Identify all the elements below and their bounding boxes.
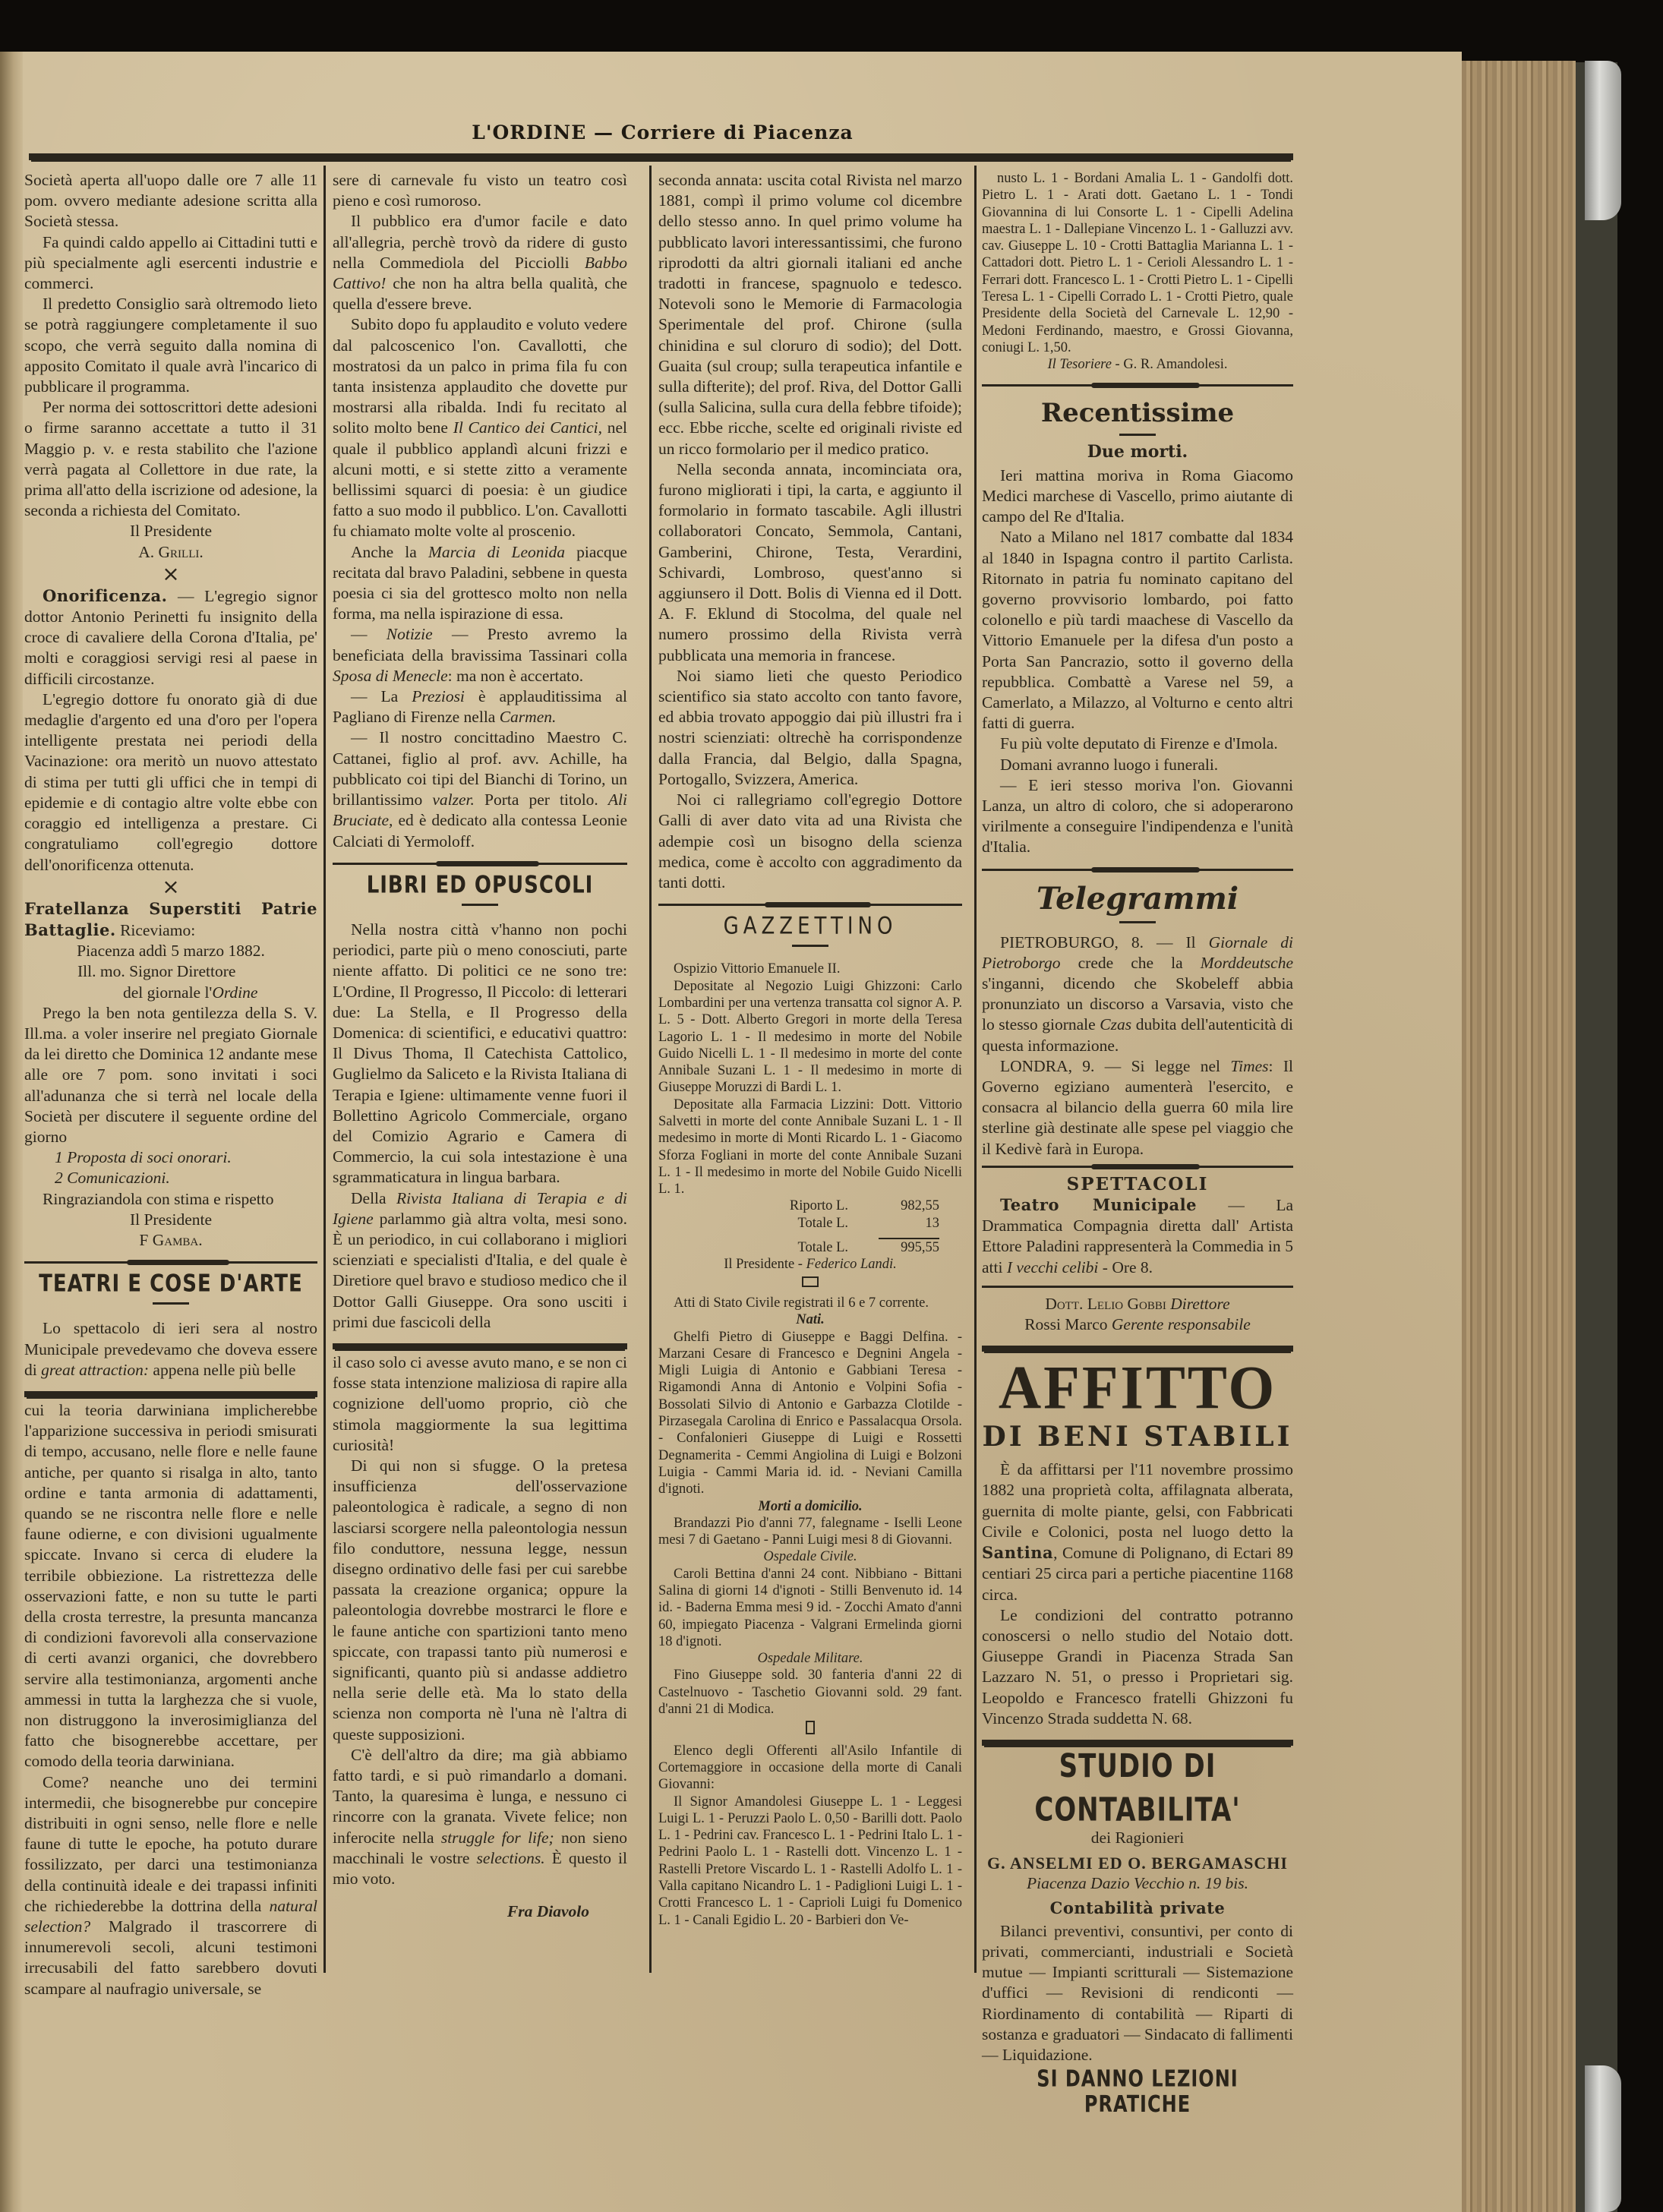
offerenti-list-cont: nusto L. 1 - Bordani Amalia L. 1 - Gando…	[982, 170, 1293, 356]
ad-para: Le condizioni del contratto potranno con…	[982, 1605, 1293, 1729]
nati-list: Ghelfi Pietro di Giuseppe e Baggi Delfin…	[658, 1329, 962, 1498]
teatri-para: Lo spettacolo di ieri sera al nostro Mun…	[24, 1318, 317, 1381]
news-para: Nato a Milano nel 1817 combatte dal 1834…	[982, 527, 1293, 734]
intro-para: Fa quindi caldo appello ai Cittadini tut…	[24, 232, 317, 295]
subheading-civile: Ospedale Civile.	[658, 1548, 962, 1565]
column-4: nusto L. 1 - Bordani Amalia L. 1 - Gando…	[982, 170, 1293, 2113]
ad-address: Piacenza Dazio Vecchio n. 19 bis.	[982, 1873, 1293, 1894]
fold-rule	[24, 1391, 317, 1397]
cover-corner-top	[1585, 61, 1621, 220]
section-title-recentissime: Recentissime	[982, 397, 1293, 429]
news-item: — La Preziosi è applauditissima al Pagli…	[333, 686, 627, 727]
news-para: Fu più volte deputato di Firenze e d'Imo…	[982, 734, 1293, 754]
signature-name: F Gamba.	[24, 1230, 317, 1251]
signature-title: Il Presidente	[24, 521, 317, 541]
ad-para: È da affittarsi per l'11 novembre prossi…	[982, 1459, 1293, 1605]
intro-para: Il predetto Consiglio sarà oltremodo lie…	[24, 294, 317, 397]
article-para: Il pubblico era d'umor facile e dato all…	[333, 211, 627, 314]
author-signature: Fra Diavolo	[333, 1901, 627, 1922]
title-dash	[153, 1302, 189, 1305]
agenda-item: 2 Comunicazioni.	[24, 1168, 317, 1188]
cross-separator-icon: ×	[24, 563, 317, 585]
news-item: — Il nostro concittadino Maestro C. Catt…	[333, 727, 627, 851]
page-edges	[1462, 61, 1576, 2212]
title-dash	[1119, 434, 1156, 436]
ad-title-affitto: AFFITTO	[982, 1353, 1293, 1422]
column-2: sere di carnevale fu visto un teatro cos…	[333, 170, 627, 1922]
column-1: Società aperta all'uopo dalle ore 7 alle…	[24, 170, 317, 1999]
intro-para: Per norma dei sottoscrittori dette adesi…	[24, 397, 317, 521]
article-para: cui la teoria darwiniana implicherebbe l…	[24, 1400, 317, 1772]
article-para: Come? neanche uno dei termini intermedii…	[24, 1772, 317, 1999]
spettacoli-item: Teatro Municipale — La Drammatica Compag…	[982, 1194, 1293, 1278]
section-title-libri: LIBRI ED OPUSCOLI	[333, 873, 627, 898]
president-signature: Il Presidente - Federico Landi.	[658, 1256, 962, 1273]
subheading-due-morti: Due morti.	[982, 442, 1293, 462]
intro-para: Società aperta all'uopo dalle ore 7 alle…	[24, 170, 317, 232]
box-separator-icon	[658, 1273, 962, 1295]
ad-services: Bilanci preventivi, consuntivi, per cont…	[982, 1921, 1293, 2065]
ad-service-heading: Contabilità private	[982, 1898, 1293, 1918]
morti-list: Brandazzi Pio d'anni 77, falegname - Ise…	[658, 1515, 962, 1549]
onorificenza-para: L'egregio dottore fu onorato già di due …	[24, 689, 317, 876]
letter-body: Prego la ben nota gentilezza della S. V.…	[24, 1003, 317, 1147]
director-credit: Dott. Lelio Gobbi Direttore	[982, 1294, 1293, 1314]
column-3: seconda annata: uscita cotal Rivista nel…	[658, 170, 962, 1929]
column-rule-2	[649, 166, 652, 1973]
civile-list: Caroli Bettina d'anni 24 cont. Nibbiano …	[658, 1566, 962, 1650]
salutation: del giornale l'Ordine	[24, 983, 317, 1003]
dateline: Piacenza addì 5 marzo 1882.	[24, 941, 317, 961]
runin-heading: Onorificenza.	[43, 586, 167, 605]
onorificenza-article: Onorificenza. — L'egregio signor dottor …	[24, 585, 317, 689]
section-title-teatri: TEATRI E COSE D'ARTE	[24, 1272, 317, 1297]
news-item: — Notizie — Presto avremo la beneficiata…	[333, 624, 627, 686]
article-para: Noi siamo lieti che questo Periodico sci…	[658, 666, 962, 790]
fold-rule	[333, 1343, 627, 1349]
article-para: Anche la Marcia di Leonida piacque recit…	[333, 542, 627, 625]
cross-separator-icon: ×	[24, 876, 317, 898]
rule	[982, 1286, 1293, 1288]
signature-title: Il Presidente	[24, 1210, 317, 1230]
donations-list: Depositate alla Farmacia Lizzini: Dott. …	[658, 1097, 962, 1198]
section-separator	[982, 384, 1293, 387]
news-para: — E ieri stesso moriva l'on. Giovanni La…	[982, 775, 1293, 858]
article-para: C'è dell'altro da dire; ma già abbiamo f…	[333, 1745, 627, 1889]
column-rule-3	[974, 166, 977, 1973]
article-para: sere di carnevale fu visto un teatro cos…	[333, 170, 627, 211]
masthead-rule	[29, 153, 1293, 160]
section-title-gazzettino: GAZZETTINO	[658, 914, 962, 939]
book-gutter	[0, 52, 23, 2212]
news-para: Ieri mattina moriva in Roma Giacomo Medi…	[982, 465, 1293, 528]
offerenti-list: Il Signor Amandolesi Giuseppe L. 1 - Leg…	[658, 1794, 962, 1929]
ad-subtitle: DI BENI STABILI	[982, 1420, 1293, 1453]
telegram-item: LONDRA, 9. — Si legge nel Times: Il Gove…	[982, 1056, 1293, 1160]
section-separator	[24, 1261, 317, 1264]
militare-list: Fino Giuseppe sold. 30 fanteria d'anni 2…	[658, 1667, 962, 1718]
cover-corner-bottom	[1585, 2065, 1621, 2212]
section-separator	[658, 904, 962, 906]
book-cover	[1576, 62, 1617, 2212]
fratellanza-article: Fratellanza Superstiti Patrie Battaglie.…	[24, 898, 317, 941]
ad-rule	[982, 1346, 1293, 1352]
section-separator	[982, 1166, 1293, 1168]
title-dash	[1119, 921, 1156, 923]
gazzettino-body: Ospizio Vittorio Emanuele II. Depositate…	[658, 961, 962, 1929]
article-para: il caso solo ci avesse avuto mano, e se …	[333, 1352, 627, 1456]
article-para: Nella seconda annata, incominciata ora, …	[658, 459, 962, 666]
elenco-heading: Elenco degli Offerenti all'Asilo Infanti…	[658, 1743, 962, 1794]
ad-names: G. ANSELMI ED O. BERGAMASCHI	[982, 1853, 1293, 1873]
telegram-item: PIETROBURGO, 8. — Il Giornale di Pietrob…	[982, 932, 1293, 1056]
article-para: Di qui non si sfugge. O la pretesa insuf…	[333, 1456, 627, 1745]
libri-para: Della Rivista Italiana di Terapia e di I…	[333, 1188, 627, 1333]
article-para: Noi ci rallegriamo coll'egregio Dottore …	[658, 790, 962, 893]
masthead-title: L'ORDINE — Corriere di Piacenza	[30, 121, 1295, 144]
ad-title-studio: STUDIO DI CONTABILITA'	[982, 1744, 1293, 1832]
title-dash	[462, 904, 498, 906]
column-rule-1	[323, 166, 326, 1973]
title-dash	[792, 945, 828, 947]
subheading-nati: Nati.	[658, 1311, 962, 1328]
article-para: seconda annata: uscita cotal Rivista nel…	[658, 170, 962, 459]
article-para: Subito dopo fu applaudito e voluto veder…	[333, 314, 627, 541]
subheading-militare: Ospedale Militare.	[658, 1650, 962, 1667]
libri-para: Nella nostra città v'hanno non pochi per…	[333, 920, 627, 1188]
section-separator	[333, 863, 627, 865]
manager-credit: Rossi Marco Gerente responsabile	[982, 1314, 1293, 1335]
salutation: Ill. mo. Signor Direttore	[24, 961, 317, 982]
letter-closing: Ringraziandola con stima e rispetto	[24, 1189, 317, 1210]
section-title-telegrammi: Telegrammi	[982, 882, 1293, 917]
ad-tagline: SI DANNO LEZIONI PRATICHE	[982, 2066, 1293, 2118]
ospizio-heading: Ospizio Vittorio Emanuele II.	[658, 961, 962, 977]
subheading-morti: Morti a domicilio.	[658, 1498, 962, 1515]
news-para: Domani avranno luogo i funerali.	[982, 755, 1293, 775]
totals-table: Riporto L.982,55 Totale L.13 Totale L.99…	[658, 1198, 962, 1256]
agenda-item: 1 Proposta di soci onorari.	[24, 1147, 317, 1168]
section-separator	[982, 869, 1293, 871]
bracket-separator-icon	[658, 1718, 962, 1742]
atti-heading: Atti di Stato Civile registrati il 6 e 7…	[658, 1295, 962, 1311]
signature-name: A. Grilli.	[24, 542, 317, 563]
section-title-spettacoli: SPETTACOLI	[982, 1174, 1293, 1194]
treasurer-signature: Il Tesoriere - G. R. Amandolesi.	[982, 356, 1293, 373]
donations-list: Depositate al Negozio Luigi Ghizzoni: Ca…	[658, 978, 962, 1097]
